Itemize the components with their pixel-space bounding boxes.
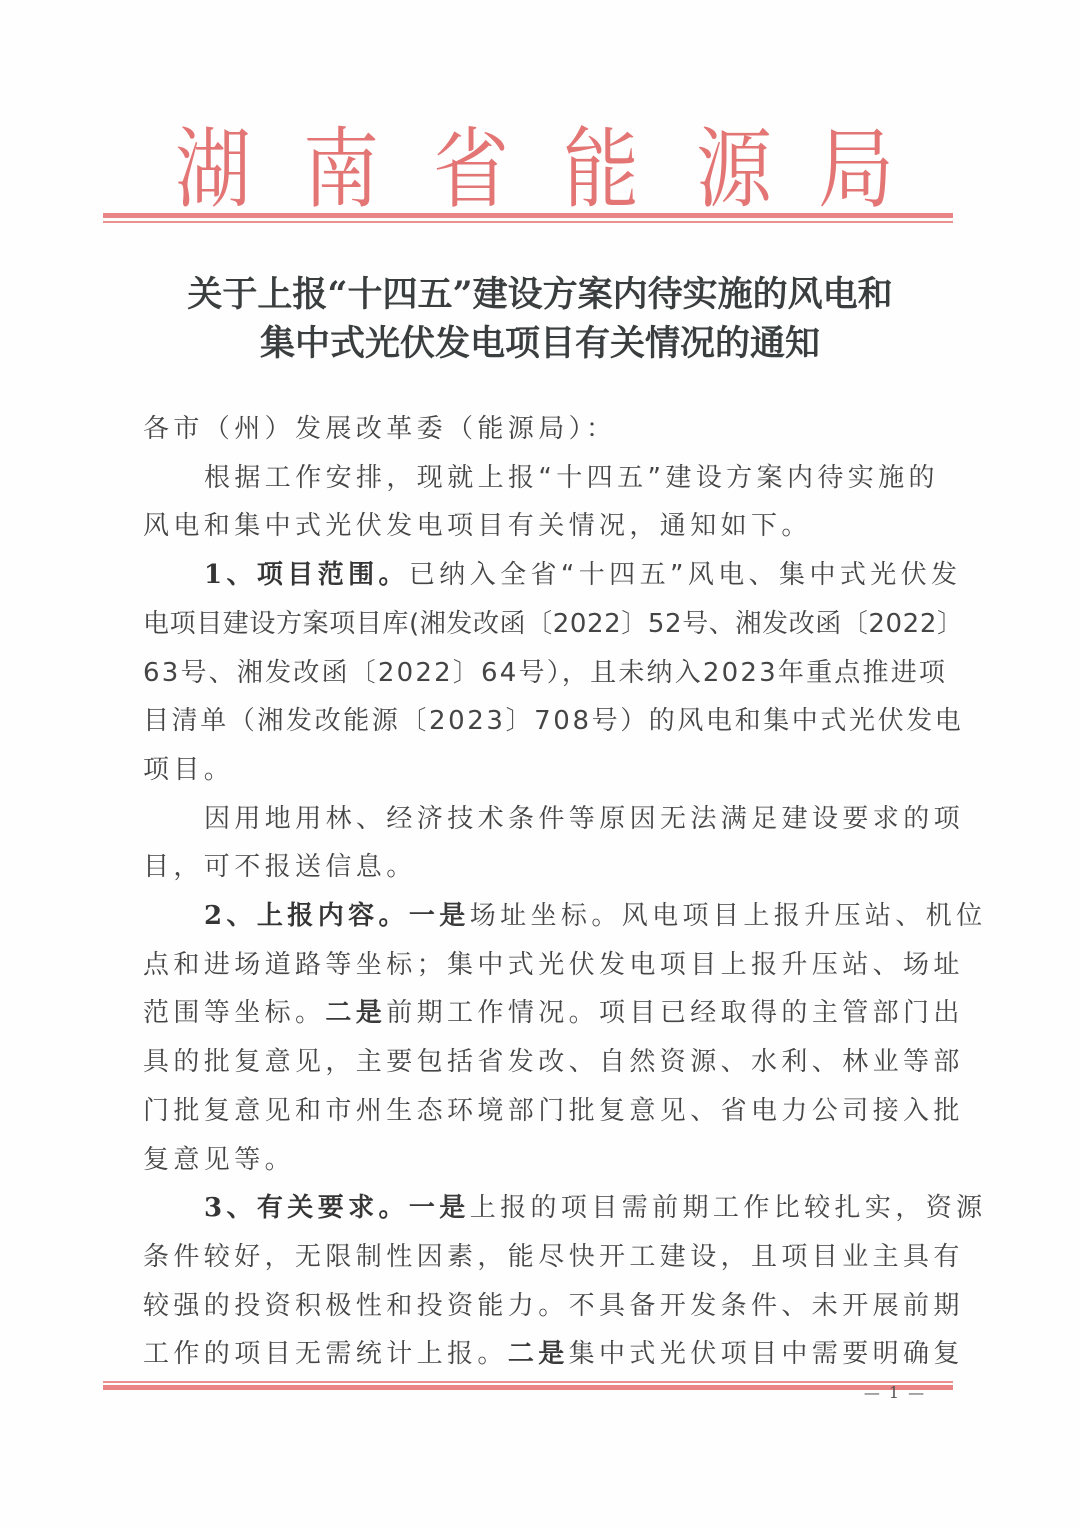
section-3-heading: 3、有关要求。 [204,1193,409,1223]
salutation: 各市（州）发展改革委（能源局）： [143,405,935,454]
salutation-text: 各市（州）发展改革委（能源局）： [143,405,935,454]
section-2-line: 2、上报内容。一是场址坐标。风电项目上报升压站、机位 [143,892,935,941]
section-1-line: 项目。 [143,746,935,795]
document-title: 关于上报“十四五”建设方案内待实施的风电和 集中式光伏发电项目有关情况的通知 [130,270,950,368]
section-2-line: 具的批复意见，主要包括省发改、自然资源、水利、林业等部 [143,1038,935,1087]
section-1-note: 因用地用林、经济技术条件等原因无法满足建设要求的项 目，可不报送信息。 [143,795,935,892]
letterhead-char: 南 [303,112,379,227]
section-2-line: 范围等坐标。二是前期工作情况。项目已经取得的主管部门出 [143,989,935,1038]
section-3-line: 工作的项目无需统计上报。二是集中式光伏项目中需要明确复 [143,1330,935,1379]
section-1-note-line: 目，可不报送信息。 [143,843,935,892]
title-line-2: 集中式光伏发电项目有关情况的通知 [130,319,950,368]
section-2-paragraph: 2、上报内容。一是场址坐标。风电项目上报升压站、机位 点和进场道路等坐标；集中式… [143,892,935,1184]
section-1-line: 1、项目范围。已纳入全省“十四五”风电、集中式光伏发 [143,551,935,600]
section-1-heading: 1、项目范围。 [204,560,409,590]
intro-paragraph: 根据工作安排，现就上报“十四五”建设方案内待实施的 风电和集中式光伏发电项目有关… [143,454,935,551]
section-3-paragraph: 3、有关要求。一是上报的项目需前期工作比较扎实，资源 条件较好，无限制性因素，能… [143,1184,935,1379]
letterhead: 湖 南 省 能 源 局 [103,112,953,212]
page-number: — 1 — [855,1382,935,1404]
section-1-line: 63号、湘发改函〔2022〕64号），且未纳入2023年重点推进项 [143,649,935,698]
section-2-heading: 2、上报内容。 [204,901,409,931]
section-1-line: 电项目建设方案项目库(湘发改函〔2022〕52号、湘发改函〔2022〕 [143,600,935,649]
document-body: 各市（州）发展改革委（能源局）： 根据工作安排，现就上报“十四五”建设方案内待实… [143,405,935,1379]
letterhead-char: 源 [696,112,772,227]
letterhead-char: 省 [433,112,509,227]
footer-rule-thin [103,1381,953,1383]
section-3-line: 较强的投资积极性和投资能力。不具备开发条件、未开展前期 [143,1282,935,1331]
section-1-note-line: 因用地用林、经济技术条件等原因无法满足建设要求的项 [143,795,935,844]
section-2-line: 点和进场道路等坐标；集中式光伏发电项目上报升压站、场址 [143,941,935,990]
letterhead-char: 能 [563,112,639,227]
document-page: 湖 南 省 能 源 局 关于上报“十四五”建设方案内待实施的风电和 集中式光伏发… [0,0,1080,1527]
section-1-line: 目清单（湘发改能源〔2023〕708号）的风电和集中式光伏发电 [143,697,935,746]
letterhead-char: 湖 [175,112,251,227]
section-3-line: 条件较好，无限制性因素，能尽快开工建设，且项目业主具有 [143,1233,935,1282]
section-1-paragraph: 1、项目范围。已纳入全省“十四五”风电、集中式光伏发 电项目建设方案项目库(湘发… [143,551,935,795]
intro-line: 风电和集中式光伏发电项目有关情况，通知如下。 [143,502,935,551]
footer-rule-thick [103,1385,953,1390]
intro-line: 根据工作安排，现就上报“十四五”建设方案内待实施的 [143,454,935,503]
section-2-line: 门批复意见和市州生态环境部门批复意见、省电力公司接入批 [143,1087,935,1136]
letterhead-char: 局 [818,112,894,227]
section-3-line: 3、有关要求。一是上报的项目需前期工作比较扎实，资源 [143,1184,935,1233]
header-rule-thick [103,213,953,218]
title-line-1: 关于上报“十四五”建设方案内待实施的风电和 [130,270,950,319]
header-rule-thin [103,221,953,223]
section-2-line: 复意见等。 [143,1136,935,1185]
